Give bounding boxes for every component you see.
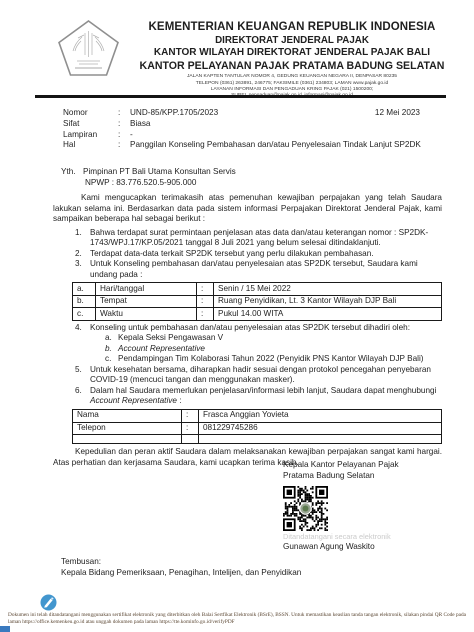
colon: : (118, 130, 130, 141)
cell-colon: : (182, 422, 199, 435)
recipient-npwp: NPWP : 83.776.520.5-905.000 (85, 178, 236, 189)
recipient-name: Pimpinan PT Bali Utama Konsultan Servis (83, 167, 236, 176)
table-row: a. Hari/tanggal : Senin / 15 Mei 2022 (73, 283, 442, 296)
hal-value: Panggilan Konseling Pembahasan dan/atau … (130, 140, 422, 151)
sub-item-text: Pendampingan Tim Kolaborasi Tahun 2022 (… (118, 354, 424, 363)
sifat-value: Biasa (130, 119, 422, 130)
opening-paragraph: Kami mengucapkan terimakasih atas pemenu… (53, 193, 442, 225)
cell-label: Nama (73, 409, 182, 422)
item-number: 6. (75, 386, 82, 397)
nomor-label: Nomor (63, 108, 118, 119)
item-number: 5. (75, 365, 82, 376)
cell-colon: : (182, 409, 199, 422)
lampiran-label: Lampiran (63, 130, 118, 141)
sub-list-item: b. Account Representative (90, 344, 442, 355)
signer-title-line1: Kepala Kantor Pelayanan Pajak (283, 460, 399, 471)
item-text: Konseling untuk pembahasan dan/atau peny… (90, 323, 410, 332)
office-name: KANTOR PELAYANAN PAJAK PRATAMA BADUNG SE… (118, 60, 466, 72)
colon: : (118, 140, 130, 151)
item-text: Dalam hal Saudara memerlukan penjelasan/… (90, 386, 436, 395)
cell-label: Telepon (73, 422, 182, 435)
salutation: Yth. (61, 167, 83, 178)
contact-table: Nama : Frasca Anggian Yovieta Telepon : … (72, 409, 442, 444)
letter-meta: Nomor : UND-85/KPP.1705/2023 Sifat : Bia… (63, 108, 422, 151)
signature-block: Kepala Kantor Pelayanan Pajak Pratama Ba… (283, 460, 399, 553)
sub-item-letter: a. (105, 333, 112, 344)
ministry-name: KEMENTERIAN KEUANGAN REPUBLIK INDONESIA (118, 21, 466, 34)
letter-page: KEMENTERIAN KEUANGAN REPUBLIK INDONESIA … (0, 0, 474, 632)
signer-title-line2: Pratama Badung Selatan (283, 471, 399, 482)
directorate-name: DIREKTORAT JENDERAL PAJAK (118, 35, 466, 46)
item-text-italic: Account Representative (90, 396, 177, 405)
table-row: b. Tempat : Ruang Penyidikan, Lt. 3 Kant… (73, 295, 442, 308)
recipient-block: Yth.Pimpinan PT Bali Utama Konsultan Ser… (61, 167, 236, 189)
table-row: Telepon : 081229745286 (73, 422, 442, 435)
item-number: 2. (75, 249, 82, 260)
meta-row-sifat: Sifat : Biasa (63, 119, 422, 130)
cell-colon: : (197, 295, 214, 308)
cell-index: c. (73, 308, 96, 321)
cell-empty (199, 435, 442, 444)
sub-list-item: a. Kepala Seksi Pengawasan V (90, 333, 442, 344)
cell-empty (73, 435, 182, 444)
letterhead-divider (35, 95, 446, 98)
cell-value: Senin / 15 Mei 2022 (214, 283, 442, 296)
table-row: c. Waktu : Pukul 14.00 WITA (73, 308, 442, 321)
cell-value: Frasca Anggian Yovieta (199, 409, 442, 422)
letterhead: KEMENTERIAN KEUANGAN REPUBLIK INDONESIA … (118, 21, 466, 100)
list-item: 4. Konseling untuk pembahasan dan/atau p… (53, 323, 442, 365)
meta-row-lampiran: Lampiran : - (63, 130, 422, 141)
tembusan-label: Tembusan: (61, 556, 301, 567)
list-item: 5. Untuk kesehatan bersama, diharapkan h… (53, 365, 442, 386)
item-text: Untuk kesehatan bersama, diharapkan hadi… (90, 365, 431, 385)
sifat-label: Sifat (63, 119, 118, 130)
cell-value: Pukul 14.00 WITA (214, 308, 442, 321)
tembusan-item: Kepala Bidang Pemeriksaan, Penagihan, In… (61, 567, 301, 578)
colon: : (118, 119, 130, 130)
sub-item-letter: c. (105, 354, 111, 365)
cell-index: b. (73, 295, 96, 308)
cell-label: Hari/tanggal (96, 283, 197, 296)
regional-office-name: KANTOR WILAYAH DIREKTORAT JENDERAL PAJAK… (118, 47, 466, 59)
item-text: Terdapat data-data terkait SP2DK tersebu… (90, 249, 374, 258)
item-number: 4. (75, 323, 82, 334)
signer-name: Gunawan Agung Waskito (283, 542, 399, 553)
table-row-empty (73, 435, 442, 444)
sub-list-item: c. Pendampingan Tim Kolaborasi Tahun 202… (90, 354, 442, 365)
cell-value: 081229745286 (199, 422, 442, 435)
schedule-table: a. Hari/tanggal : Senin / 15 Mei 2022 b.… (72, 282, 442, 321)
item-number: 3. (75, 259, 82, 270)
sub-item-text: Account Representative (118, 344, 205, 353)
item-text: Untuk Konseling pembahasan dan/atau peny… (90, 259, 418, 279)
recipient-line: Yth.Pimpinan PT Bali Utama Konsultan Ser… (61, 167, 236, 178)
sub-item-letter: b. (105, 344, 112, 355)
meta-row-nomor: Nomor : UND-85/KPP.1705/2023 (63, 108, 422, 119)
table-row: Nama : Frasca Anggian Yovieta (73, 409, 442, 422)
esign-qr-code-icon (283, 486, 328, 531)
esign-note: Ditandatangani secara elektronik (283, 532, 399, 542)
cell-label: Tempat (96, 295, 197, 308)
cell-value: Ruang Penyidikan, Lt. 3 Kantor Wilayah D… (214, 295, 442, 308)
cell-index: a. (73, 283, 96, 296)
item-number: 1. (75, 228, 82, 239)
item-text: : (177, 396, 182, 405)
cell-empty (182, 435, 199, 444)
list-item: 6. Dalam hal Saudara memerlukan penjelas… (53, 386, 442, 407)
ministry-of-finance-logo-icon (57, 19, 120, 77)
corner-artifact (0, 626, 10, 632)
sub-item-text: Kepala Seksi Pengawasan V (118, 333, 223, 342)
hal-label: Hal (63, 140, 118, 151)
esign-verification-footnote: Dokumen ini telah ditandatangani menggun… (8, 612, 466, 626)
item-text: Bahwa terdapat surat permintaan penjelas… (90, 228, 428, 248)
cell-colon: : (197, 308, 214, 321)
colon: : (118, 108, 130, 119)
cell-label: Waktu (96, 308, 197, 321)
lampiran-value: - (130, 130, 422, 141)
meta-row-hal: Hal : Panggilan Konseling Pembahasan dan… (63, 140, 422, 151)
letter-body: Kami mengucapkan terimakasih atas pemenu… (53, 193, 442, 468)
bsre-esign-icon (40, 594, 57, 611)
tembusan-block: Tembusan: Kepala Bidang Pemeriksaan, Pen… (61, 556, 301, 579)
list-item: 2. Terdapat data-data terkait SP2DK ters… (53, 249, 442, 260)
cell-colon: : (197, 283, 214, 296)
list-item: 1. Bahwa terdapat surat permintaan penje… (53, 228, 442, 249)
letter-date: 12 Mei 2023 (375, 108, 420, 117)
list-item: 3. Untuk Konseling pembahasan dan/atau p… (53, 259, 442, 280)
